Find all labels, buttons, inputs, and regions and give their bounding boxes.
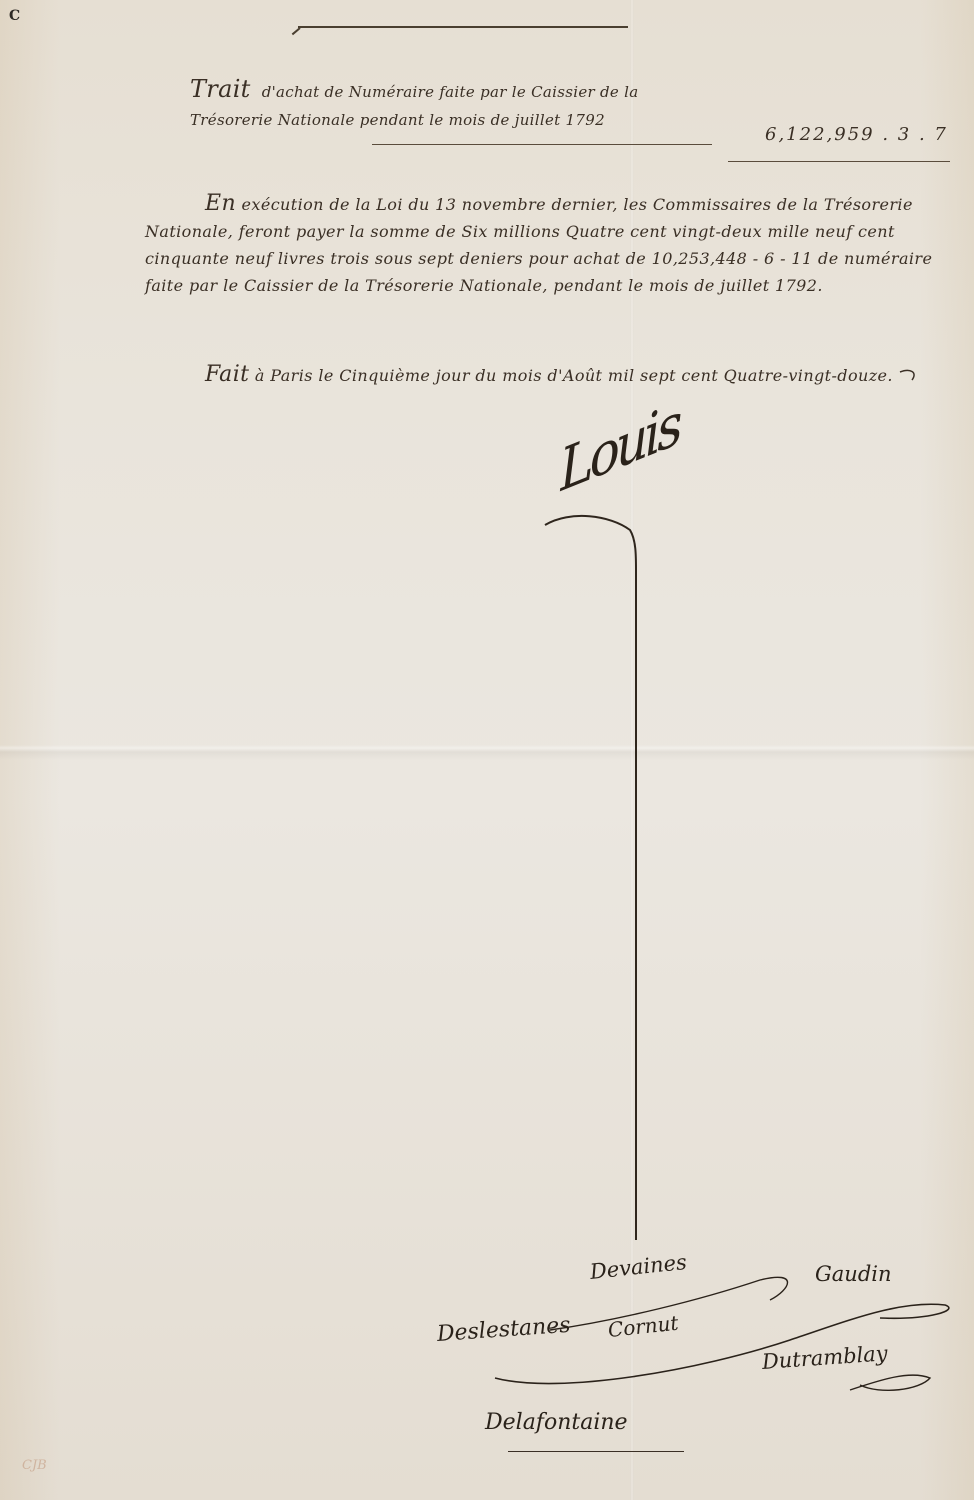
signature-delafontaine: Delafontaine xyxy=(485,1410,628,1435)
signature-underline xyxy=(508,1451,684,1452)
signature-gaudin: Gaudin xyxy=(815,1262,892,1286)
